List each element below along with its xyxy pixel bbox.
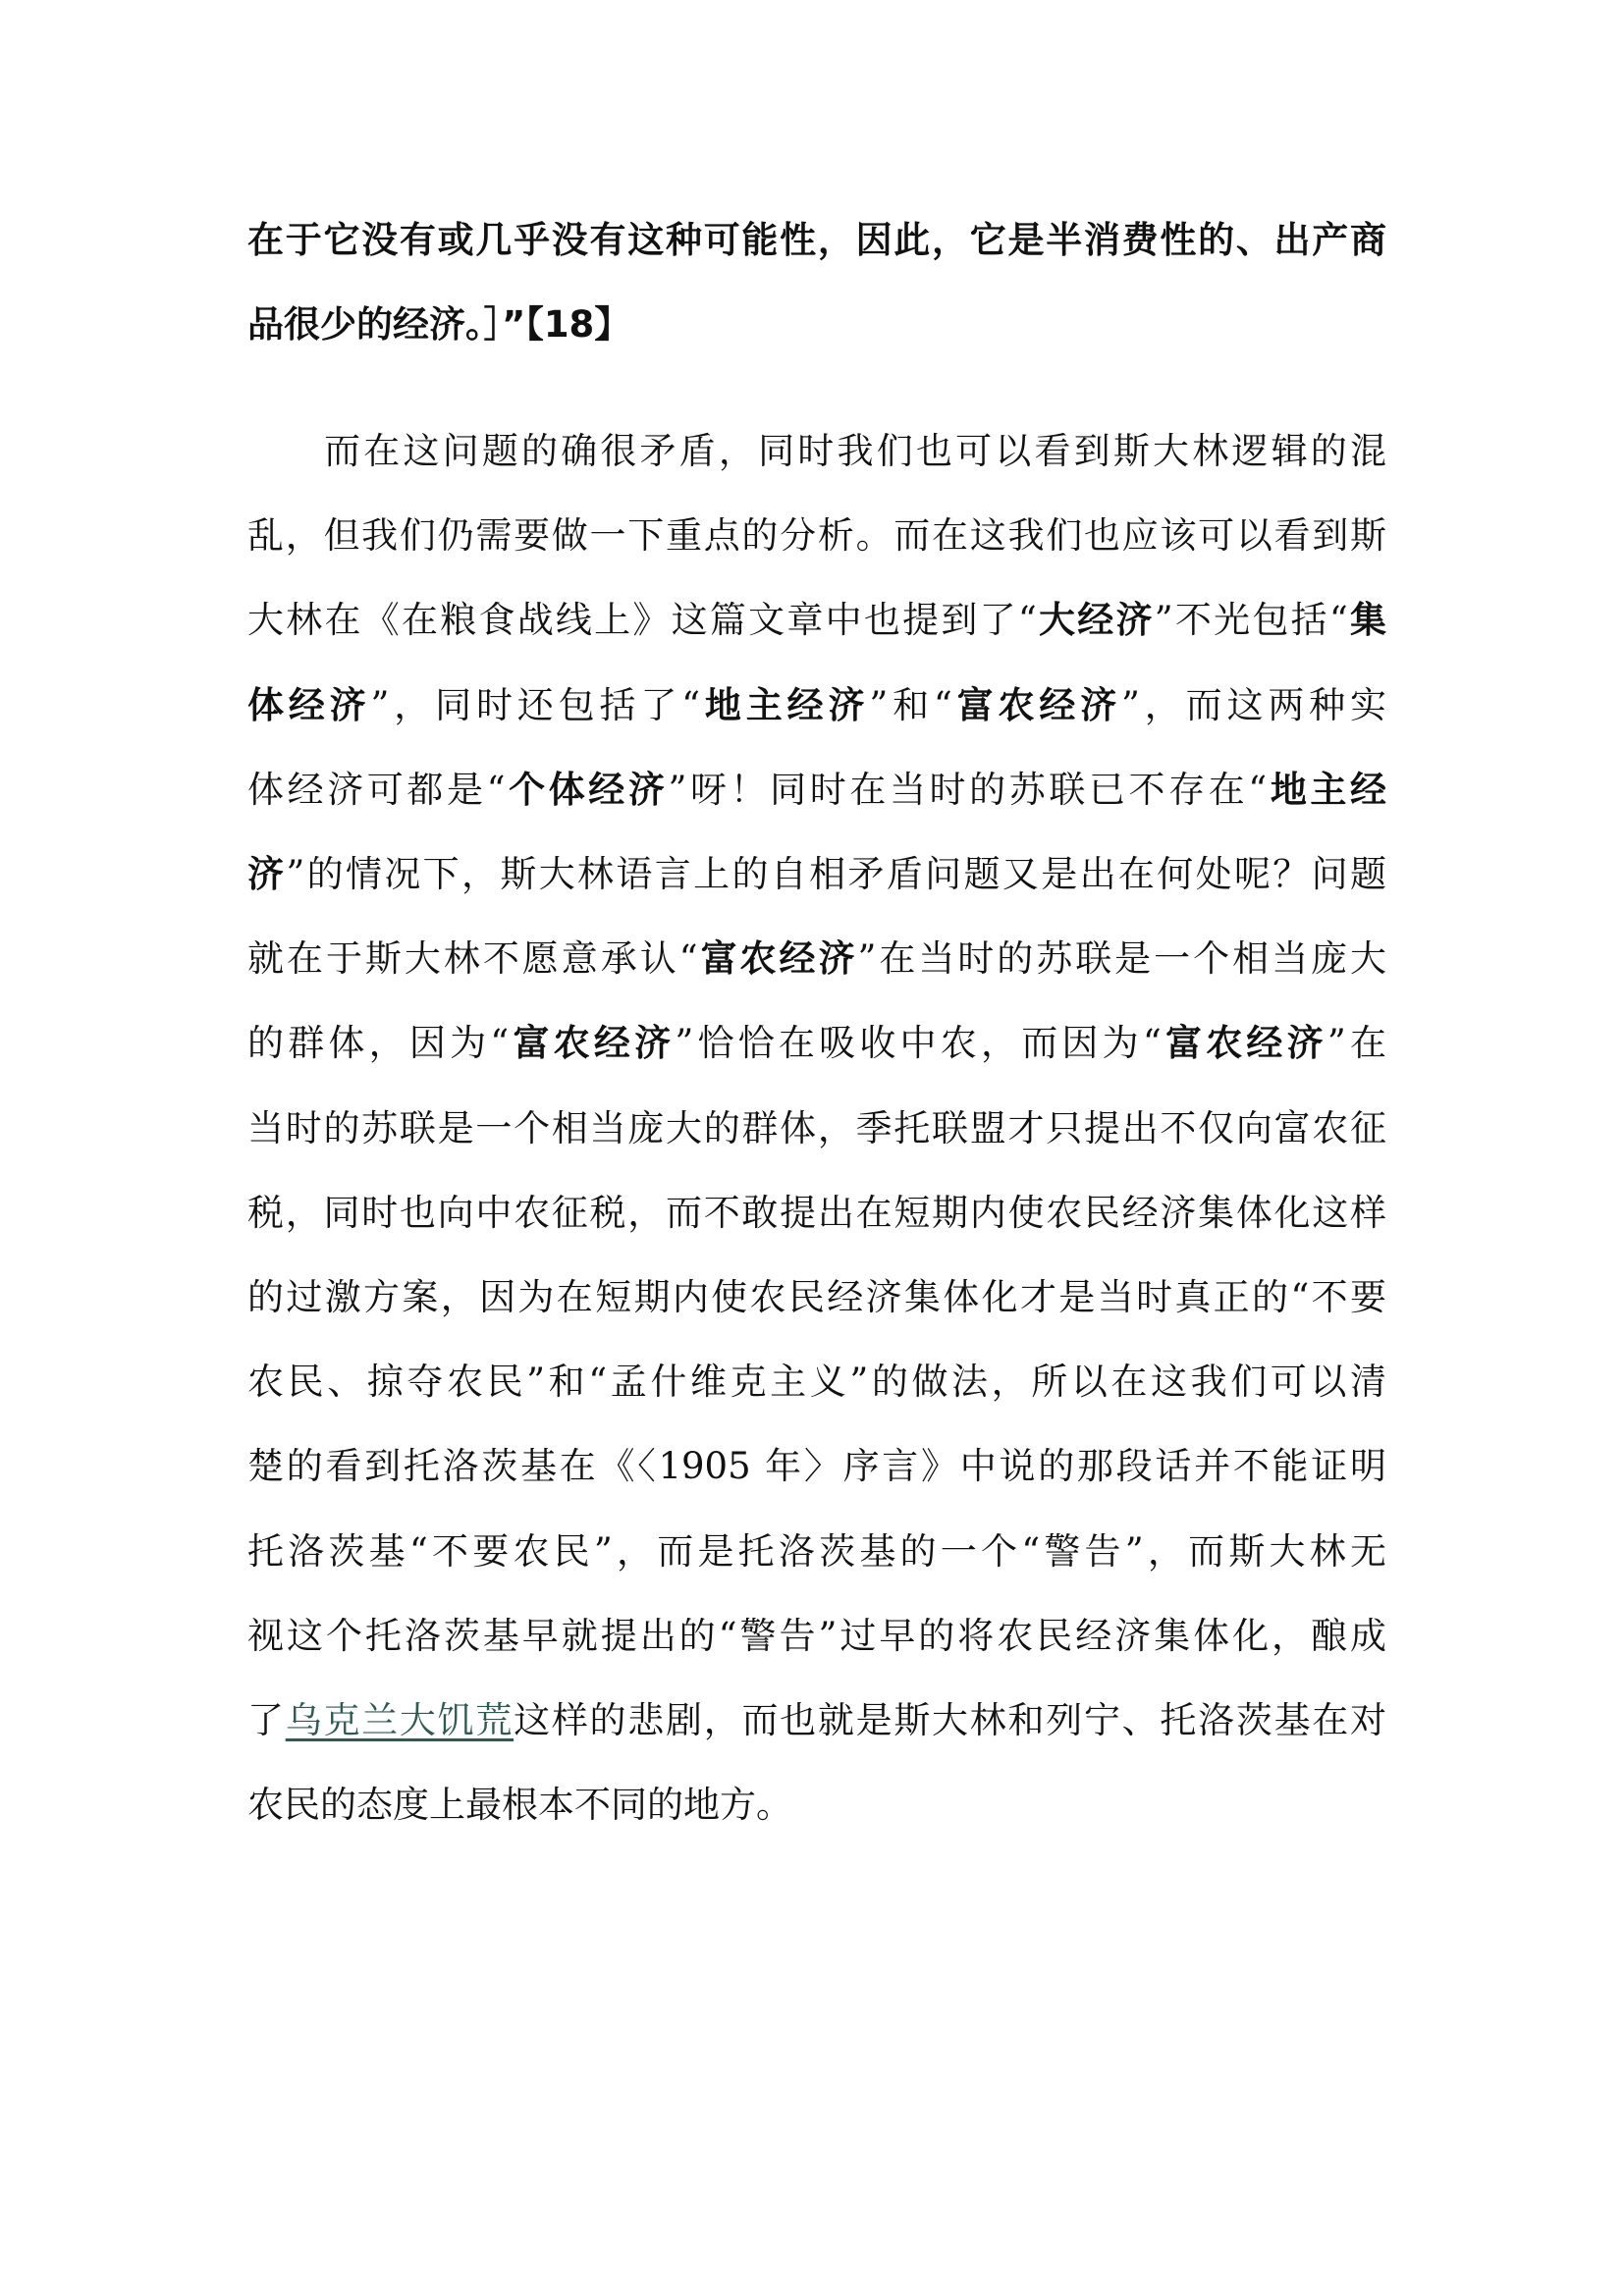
bold-term: 集: [1348, 599, 1386, 641]
text-run: 的过激方案，因为在短期内使农民经济集体化才是当时真正的“不要: [247, 1276, 1386, 1318]
paragraph-line: 农民的态度上最根本不同的地方。: [247, 1776, 1386, 1835]
paragraph-line: 大林在《在粮食战线上》这篇文章中也提到了“大经济”不光包括“集: [247, 591, 1386, 650]
bold-term: 大经济: [1037, 599, 1155, 641]
bold-term: 富农经济: [698, 937, 858, 980]
bold-term: 地主经: [1267, 769, 1386, 811]
text-run: ”呀！同时在当时的苏联已不存在“: [668, 769, 1267, 811]
text-run: 大林在《在粮食战线上》这篇文章中也提到了“: [247, 599, 1037, 641]
text-run: 了: [247, 1699, 286, 1741]
paragraph-line: 农民、掠夺农民”和“孟什维克主义”的做法，所以在这我们可以清: [247, 1353, 1386, 1412]
text-run: 农民的态度上最根本不同的地方。: [247, 1784, 792, 1826]
text-run: 税，同时也向中农征税，而不敢提出在短期内使农民经济集体化这样: [247, 1192, 1386, 1234]
text-run: 而在这问题的确很矛盾，同时我们也可以看到斯大林逻辑的混: [324, 430, 1386, 472]
text-run: ”在: [1327, 1022, 1386, 1064]
quote-line-1: 在于它没有或几乎没有这种可能性，因此，它是半消费性的、出产商: [247, 211, 1386, 270]
paragraph-line: 楚的看到托洛茨基在《〈1905 年〉序言》中说的那段话并不能证明: [247, 1437, 1386, 1496]
paragraph-line: 当时的苏联是一个相当庞大的群体，季托联盟才只提出不仅向富农征: [247, 1099, 1386, 1158]
bold-term: 体经济: [247, 684, 371, 726]
paragraph-line: 的过激方案，因为在短期内使农民经济集体化才是当时真正的“不要: [247, 1268, 1386, 1327]
text-run: ”，而这两种实: [1121, 684, 1386, 726]
bold-term: 富农经济: [509, 1022, 675, 1064]
hyperlink-ukraine-famine[interactable]: 乌克兰大饥荒: [286, 1699, 514, 1741]
paragraph-line: 体经济可都是“个体经济”呀！同时在当时的苏联已不存在“地主经: [247, 761, 1386, 820]
text-run: 的群体，因为“: [247, 1022, 509, 1064]
text-run: 体经济可都是“: [247, 769, 505, 811]
paragraph-line: 而在这问题的确很矛盾，同时我们也可以看到斯大林逻辑的混: [324, 422, 1386, 481]
bold-term: 富农经济: [1162, 1022, 1327, 1064]
text-run: 视这个托洛茨基早就提出的“警告”过早的将农民经济集体化，酿成: [247, 1615, 1386, 1657]
text-run: 就在于斯大林不愿意承认“: [247, 937, 698, 980]
text-run: ”恰恰在吸收中农，而因为“: [675, 1022, 1161, 1064]
text-run: ”和“: [869, 684, 952, 726]
text-run: 农民、掠夺农民”和“孟什维克主义”的做法，所以在这我们可以清: [247, 1361, 1386, 1403]
text-run: ”不光包括“: [1155, 599, 1348, 641]
text-run: ”的情况下，斯大林语言上的自相矛盾问题又是出在何处呢？问题: [286, 853, 1386, 895]
bold-term: 个体经济: [505, 769, 668, 811]
paragraph-line: 视这个托洛茨基早就提出的“警告”过早的将农民经济集体化，酿成: [247, 1607, 1386, 1666]
paragraph-line: 托洛茨基“不要农民”，而是托洛茨基的一个“警告”，而斯大林无: [247, 1522, 1386, 1581]
text-run: 楚的看到托洛茨基在《〈1905 年〉序言》中说的那段话并不能证明: [247, 1445, 1386, 1487]
paragraph-line: 济”的情况下，斯大林语言上的自相矛盾问题又是出在何处呢？问题: [247, 845, 1386, 904]
bold-term: 富农经济: [952, 684, 1121, 726]
paragraph-line: 税，同时也向中农征税，而不敢提出在短期内使农民经济集体化这样: [247, 1184, 1386, 1243]
text-run: 乱，但我们仍需要做一下重点的分析。而在这我们也应该可以看到斯: [247, 514, 1386, 557]
text-run: ”在当时的苏联是一个相当庞大: [857, 937, 1386, 980]
paragraph-line: 就在于斯大林不愿意承认“富农经济”在当时的苏联是一个相当庞大: [247, 930, 1386, 988]
text-run: 当时的苏联是一个相当庞大的群体，季托联盟才只提出不仅向富农征: [247, 1107, 1386, 1149]
text-run: ”，同时还包括了“: [371, 684, 701, 726]
text-run: 托洛茨基“不要农民”，而是托洛茨基的一个“警告”，而斯大林无: [247, 1530, 1386, 1573]
quote-line-2: 品很少的经济。］”【18】: [247, 295, 1386, 354]
paragraph-line: 体经济”，同时还包括了“地主经济”和“富农经济”，而这两种实: [247, 676, 1386, 735]
bold-term: 地主经济: [700, 684, 869, 726]
paragraph-line: 了乌克兰大饥荒这样的悲剧，而也就是斯大林和列宁、托洛茨基在对: [247, 1691, 1386, 1750]
document-page: 在于它没有或几乎没有这种可能性，因此，它是半消费性的、出产商 品很少的经济。］”…: [0, 0, 1624, 2296]
text-run: 这样的悲剧，而也就是斯大林和列宁、托洛茨基在对: [514, 1699, 1386, 1741]
paragraph-line: 的群体，因为“富农经济”恰恰在吸收中农，而因为“富农经济”在: [247, 1014, 1386, 1073]
bold-term: 济: [247, 853, 286, 895]
paragraph-line: 乱，但我们仍需要做一下重点的分析。而在这我们也应该可以看到斯: [247, 507, 1386, 565]
